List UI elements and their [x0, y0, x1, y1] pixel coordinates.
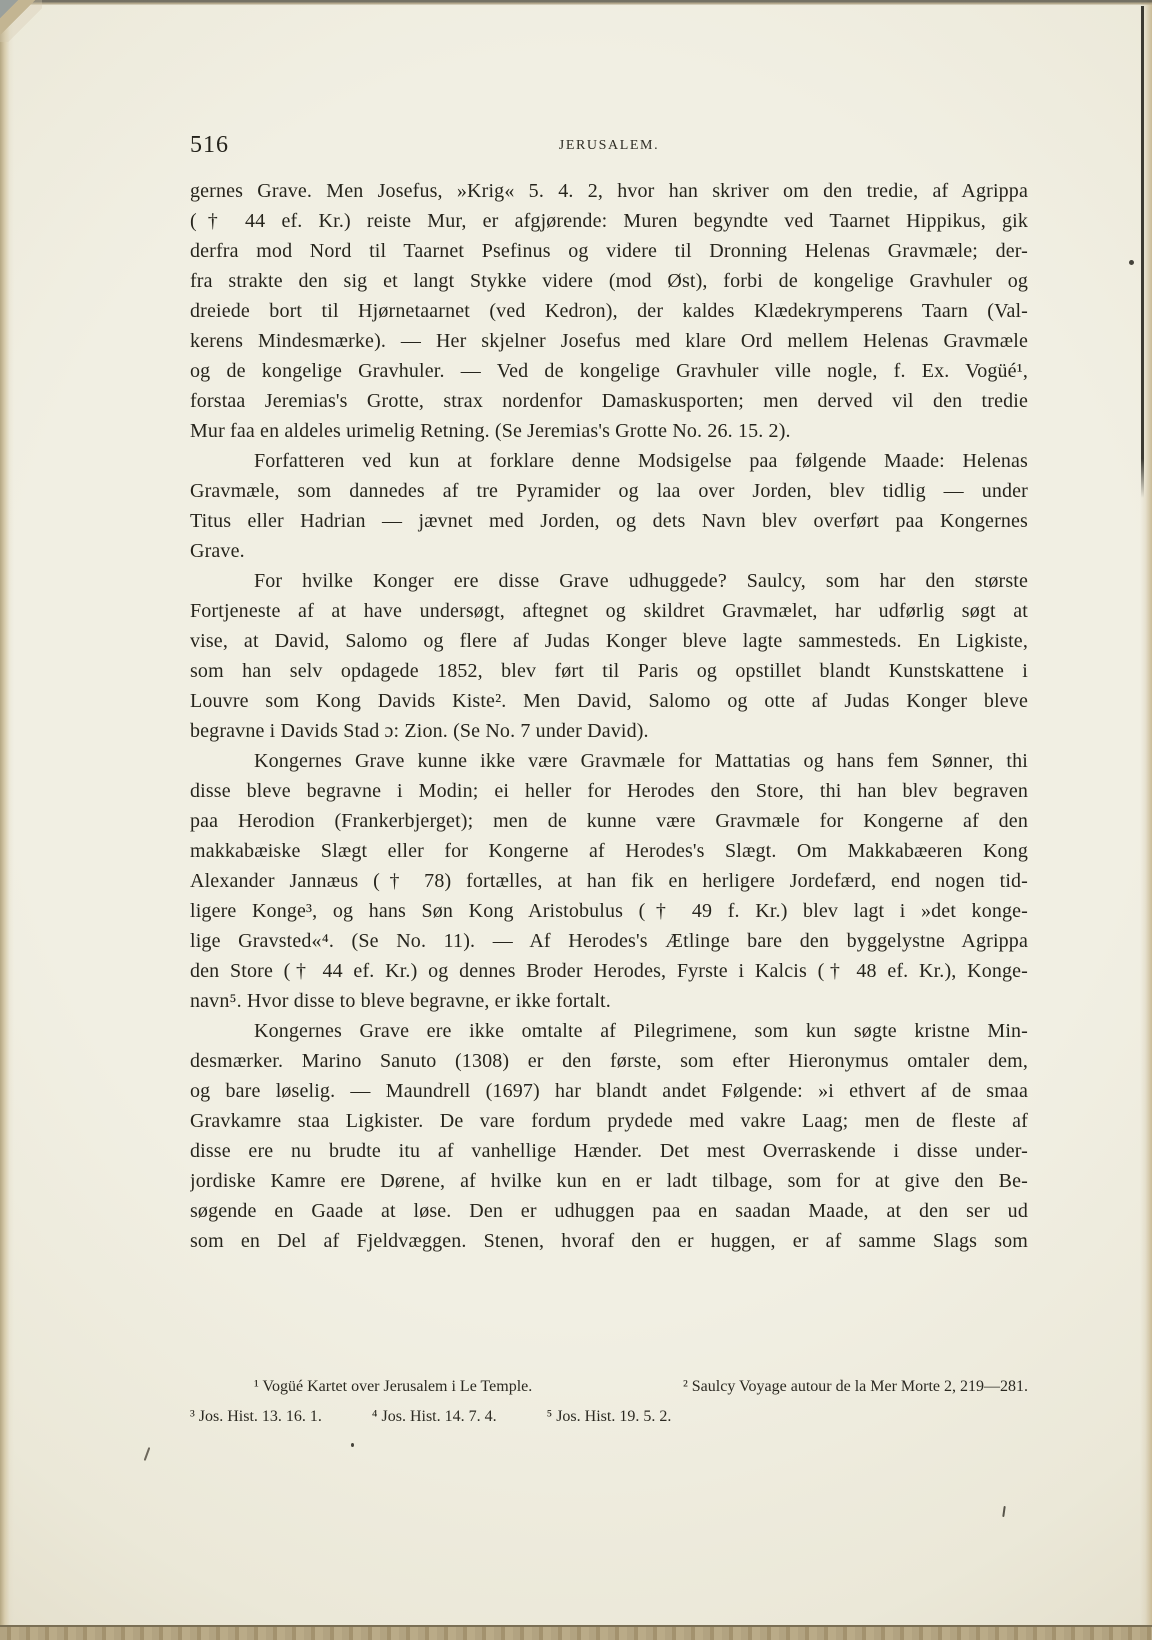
footnotes: ¹ Vogüé Kartet over Jerusalem i Le Templ… — [190, 1372, 1028, 1432]
text-line: Grave. — [190, 536, 1028, 566]
text-line: Gravmæle, som dannedes af tre Pyramider … — [190, 476, 1028, 506]
running-header: JERUSALEM. — [190, 138, 1028, 154]
footnote: ³ Jos. Hist. 13. 16. 1. — [190, 1402, 322, 1432]
text-line: Mur faa en aldeles urimelig Retning. (Se… — [190, 416, 1028, 446]
text-line: ligere Konge³, og hans Søn Kong Aristobu… — [190, 896, 1028, 926]
text-line: derfra mod Nord til Taarnet Psefinus og … — [190, 236, 1028, 266]
footnote: ⁴ Jos. Hist. 14. 7. 4. — [372, 1402, 497, 1432]
text-line: dreiede bort til Hjørnetaarnet (ved Kedr… — [190, 296, 1028, 326]
text-line: Titus eller Hadrian — jævnet med Jorden,… — [190, 506, 1028, 536]
text-line: Kongernes Grave ere ikke omtalte af Pile… — [190, 1016, 1028, 1046]
text-line: lige Gravsted«⁴. (Se No. 11). — Af Herod… — [190, 926, 1028, 956]
text-line: navn⁵. Hvor disse to bleve begravne, er … — [190, 986, 1028, 1016]
text-line: makkabæiske Slægt eller for Kongerne af … — [190, 836, 1028, 866]
text-line: Alexander Jannæus († 78) fortælles, at h… — [190, 866, 1028, 896]
text-line: jordiske Kamre ere Dørene, af hvilke kun… — [190, 1166, 1028, 1196]
text-line: disse bleve begravne i Modin; ei heller … — [190, 776, 1028, 806]
footnote: ¹ Vogüé Kartet over Jerusalem i Le Templ… — [254, 1372, 532, 1402]
text-line: forstaa Jeremias's Grotte, strax nordenf… — [190, 386, 1028, 416]
text-line: som han selv opdagede 1852, blev ført ti… — [190, 656, 1028, 686]
page-corner-topleft — [0, 0, 42, 42]
text-line: Kongernes Grave kunne ikke være Gravmæle… — [190, 746, 1028, 776]
pencil-mark — [144, 1447, 151, 1461]
text-line: paa Herodion (Frankerbjerget); men de ku… — [190, 806, 1028, 836]
body-text: gernes Grave. Men Josefus, »Krig« 5. 4. … — [190, 176, 1028, 1256]
text-line: vise, at David, Salomo og flere af Judas… — [190, 626, 1028, 656]
text-line: disse ere nu brudte itu af vanhellige Hæ… — [190, 1136, 1028, 1166]
text-line: begravne i Davids Stad ɔ: Zion. (Se No. … — [190, 716, 1028, 746]
footnote: ⁵ Jos. Hist. 19. 5. 2. — [547, 1402, 672, 1432]
text-line: For hvilke Konger ere disse Grave udhugg… — [190, 566, 1028, 596]
text-line: og bare løselig. — Maundrell (1697) har … — [190, 1076, 1028, 1106]
footnote-row: ¹ Vogüé Kartet over Jerusalem i Le Templ… — [190, 1372, 1028, 1402]
scan-artifact-line — [1141, 6, 1144, 498]
page-edge-bottom — [0, 1625, 1152, 1640]
footnote-row: ³ Jos. Hist. 13. 16. 1.⁴ Jos. Hist. 14. … — [190, 1402, 1028, 1432]
text-line: Fortjeneste af at have undersøgt, aftegn… — [190, 596, 1028, 626]
text-line: Louvre som Kong Davids Kiste². Men David… — [190, 686, 1028, 716]
pencil-mark — [1002, 1506, 1006, 1517]
text-line: († 44 ef. Kr.) reiste Mur, er afgjørende… — [190, 206, 1028, 236]
text-line: Gravkamre staa Ligkister. De vare fordum… — [190, 1106, 1028, 1136]
text-line: gernes Grave. Men Josefus, »Krig« 5. 4. … — [190, 176, 1028, 206]
page-edge-left — [0, 0, 14, 1640]
text-line: Forfatteren ved kun at forklare denne Mo… — [190, 446, 1028, 476]
scanned-book-page: 516 JERUSALEM. gernes Grave. Men Josefus… — [0, 0, 1152, 1640]
text-line: fra strakte den sig et langt Stykke vide… — [190, 266, 1028, 296]
page-header: 516 JERUSALEM. — [190, 130, 1028, 174]
text-block: 516 JERUSALEM. gernes Grave. Men Josefus… — [190, 130, 1028, 1256]
text-line: søgende en Gaade at løse. Den er udhugge… — [190, 1196, 1028, 1226]
ink-speck — [1129, 260, 1134, 265]
footnote: ² Saulcy Voyage autour de la Mer Morte 2… — [683, 1372, 1028, 1402]
text-line: som en Del af Fjeldvæggen. Stenen, hvora… — [190, 1226, 1028, 1256]
text-line: kerens Mindesmærke). — Her skjelner Jose… — [190, 326, 1028, 356]
page-edge-top — [0, 0, 1152, 5]
text-line: og de kongelige Gravhuler. — Ved de kong… — [190, 356, 1028, 386]
ink-speck — [351, 1443, 354, 1447]
text-line: desmærker. Marino Sanuto (1308) er den f… — [190, 1046, 1028, 1076]
text-line: den Store († 44 ef. Kr.) og dennes Brode… — [190, 956, 1028, 986]
